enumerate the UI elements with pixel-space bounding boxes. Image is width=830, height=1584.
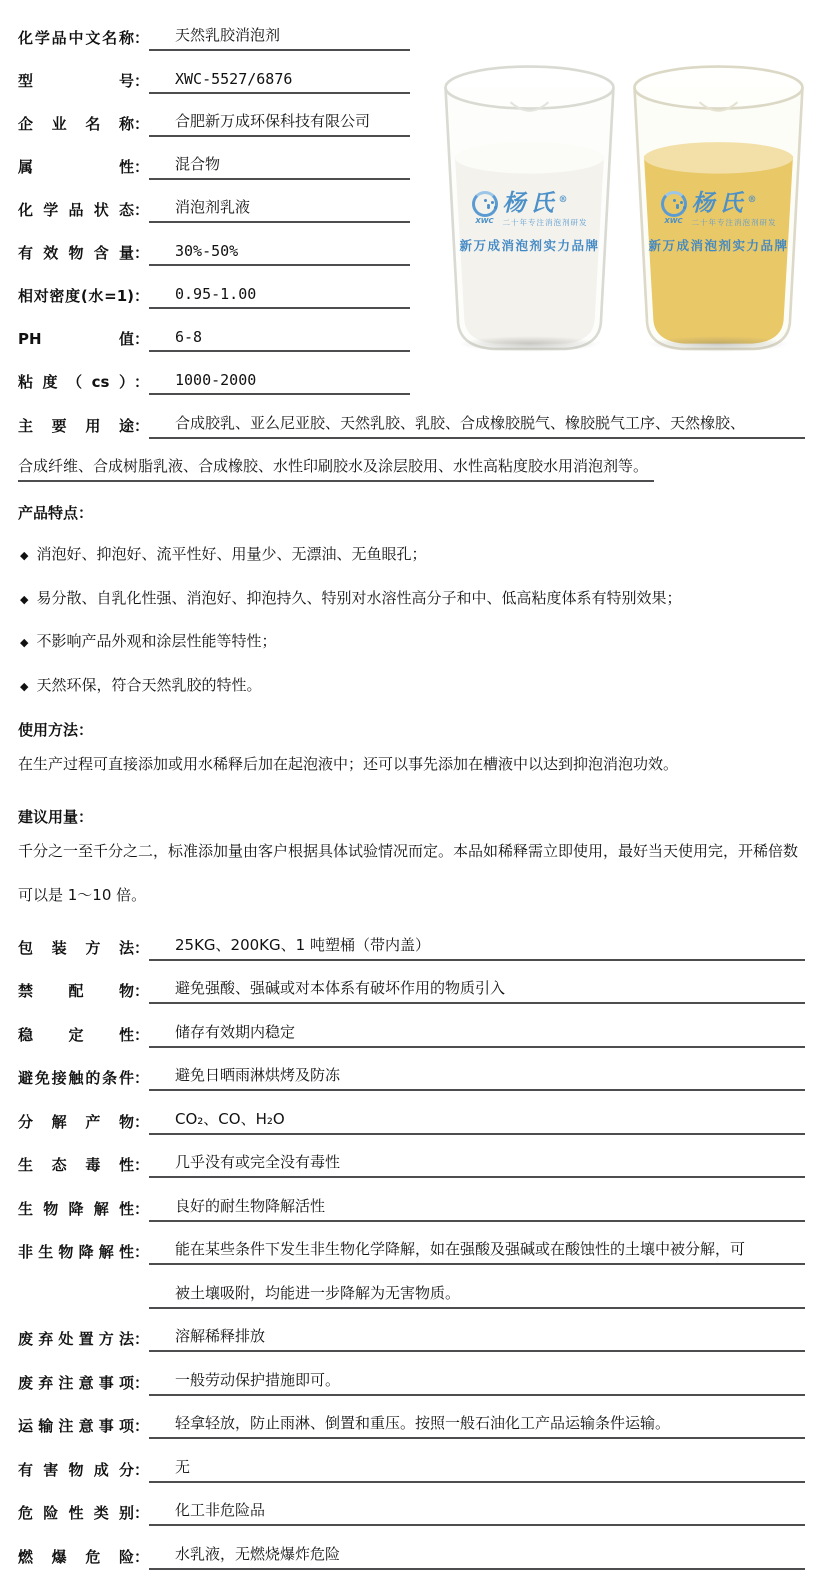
section-dosage: 建议用量： — [18, 787, 805, 831]
brand-tagline-small: 二十年专注消泡剂研发 — [503, 217, 588, 228]
colon: ： — [134, 27, 149, 48]
field-label-text: 燃爆危险 — [18, 1546, 134, 1567]
top-section: 化学品中文名称： 天然乳胶消泡剂 型号： XWC-5527/6876 企业名称：… — [18, 8, 805, 395]
field-value: 水乳液，无燃烧爆炸危险 — [149, 1543, 805, 1570]
field-label-text: 运输注意事项 — [18, 1415, 134, 1436]
field-label-text: 化学品状态 — [18, 199, 134, 220]
product-photo-beakers: XWC 杨氏® 二十年专注消泡剂研发 新万成消泡剂实力品牌 — [435, 56, 813, 356]
brand-tagline-main: 新万成消泡剂实力品牌 — [435, 236, 624, 254]
field-label-text: 分解产物 — [18, 1111, 134, 1132]
colon: ： — [134, 1024, 149, 1045]
field-value: 0.95-1.00 — [149, 285, 410, 309]
field-main-usage: 主要用途： 合成胶乳、亚么尼亚胶、天然乳胶、乳胶、合成橡胶脱气、橡胶脱气工序、天… — [18, 395, 805, 439]
field-label-text: PH值 — [18, 328, 134, 349]
beaker-white-sample: XWC 杨氏® 二十年专注消泡剂研发 新万成消泡剂实力品牌 — [435, 56, 624, 356]
field-value: 混合物 — [149, 153, 410, 180]
section-product-features: 产品特点： — [18, 482, 805, 526]
colon: ： — [134, 199, 149, 220]
field-waste-disposal: 废弃处置方法： 溶解稀释排放 — [18, 1309, 805, 1353]
colon: ： — [134, 1328, 149, 1349]
field-label-text: 有效物含量 — [18, 242, 134, 263]
field-label: 属性： — [18, 156, 149, 180]
field-value: 1000-2000 — [149, 371, 410, 395]
field-property: 属性： 混合物 — [18, 137, 410, 180]
field-incompatibles: 禁配物： 避免强酸、强碱或对本体系有破坏作用的物质引入 — [18, 961, 805, 1005]
brand-name: 杨氏® — [692, 188, 777, 216]
feature-text: 不影响产品外观和涂层性能等特性； — [36, 630, 276, 651]
field-value: 被土壤吸附，均能进一步降解为无害物质。 — [149, 1282, 805, 1309]
field-value: 化工非危险品 — [149, 1499, 805, 1526]
field-label: 稳定性： — [18, 1024, 149, 1048]
field-label-text: 主要用途 — [18, 415, 134, 436]
field-label-text: 禁配物 — [18, 980, 134, 1001]
field-relative-density: 相对密度(水=1)： 0.95-1.00 — [18, 266, 410, 309]
field-hazardous-components: 有害物成分： 无 — [18, 1439, 805, 1483]
field-model-number: 型号： XWC-5527/6876 — [18, 51, 410, 94]
section-usage-method: 使用方法： — [18, 700, 805, 744]
colon: ： — [134, 328, 149, 349]
field-label: 废弃注意事项： — [18, 1372, 149, 1396]
colon: ： — [134, 415, 149, 436]
field-stability: 稳定性： 储存有效期内稳定 — [18, 1004, 805, 1048]
brand-name: 杨氏® — [503, 188, 588, 216]
field-active-content: 有效物含量： 30%-50% — [18, 223, 410, 266]
field-label: 避免接触的条件： — [18, 1067, 149, 1091]
field-label: 化学品状态： — [18, 199, 149, 223]
feature-text: 易分散、自乳化性强、消泡好、抑泡持久、特别对水溶性高分子和中、低高粘度体系有特别… — [36, 587, 681, 608]
feature-item-3: ◆ 不影响产品外观和涂层性能等特性； — [18, 613, 805, 657]
brand-overlay: XWC 杨氏® 二十年专注消泡剂研发 新万成消泡剂实力品牌 — [624, 188, 813, 254]
field-value: 30%-50% — [149, 242, 410, 266]
colon: ： — [134, 285, 149, 306]
brand-abbr: XWC — [664, 217, 682, 225]
field-label-text: 型号 — [18, 70, 134, 91]
field-label-text: 包装方法 — [18, 937, 134, 958]
field-value: XWC-5527/6876 — [149, 70, 410, 94]
diamond-bullet-icon: ◆ — [18, 549, 36, 564]
field-main-usage-line2: 合成纤维、合成树脂乳液、合成橡胶、水性印刷胶水及涂层胶用、水性高粘度胶水用消泡剂… — [18, 439, 805, 483]
colon: ： — [134, 1502, 149, 1523]
field-label-text: 粘度（cs） — [18, 371, 134, 392]
field-value: 溶解稀释排放 — [149, 1325, 805, 1352]
top-fields: 化学品中文名称： 天然乳胶消泡剂 型号： XWC-5527/6876 企业名称：… — [18, 8, 410, 395]
field-value: 储存有效期内稳定 — [149, 1021, 805, 1048]
field-value: 轻拿轻放，防止雨淋、倒置和重压。按照一般石油化工产品运输条件运输。 — [149, 1412, 805, 1439]
feature-text: 消泡好、抑泡好、流平性好、用量少、无漂油、无鱼眼孔； — [36, 543, 426, 564]
diamond-bullet-icon: ◆ — [18, 593, 36, 608]
field-label: 废弃处置方法： — [18, 1328, 149, 1352]
product-datasheet-page: 化学品中文名称： 天然乳胶消泡剂 型号： XWC-5527/6876 企业名称：… — [0, 0, 830, 1584]
field-value: 避免日晒雨淋烘烤及防冻 — [149, 1064, 805, 1091]
field-packing-method: 包装方法： 25KG、200KG、1 吨塑桶（带内盖） — [18, 917, 805, 961]
field-label-text: 废弃处置方法 — [18, 1328, 134, 1349]
field-label: 型号： — [18, 70, 149, 94]
field-label-text: 属性 — [18, 156, 134, 177]
field-label: 有效物含量： — [18, 242, 149, 266]
beaker-shadow — [458, 336, 602, 352]
colon: ： — [134, 937, 149, 958]
brand-moon-logo-icon — [472, 191, 498, 217]
registered-mark: ® — [748, 195, 757, 205]
dosage-text: 千分之一至千分之二，标准添加量由客户根据具体试验情况而定。本品如稀释需立即使用，… — [18, 830, 805, 917]
field-non-biodegradability-line2: 被土壤吸附，均能进一步降解为无害物质。 — [18, 1265, 805, 1309]
field-decomposition-products: 分解产物： CO₂、CO、H₂O — [18, 1091, 805, 1135]
field-value: 无 — [149, 1456, 805, 1483]
field-label: 运输注意事项： — [18, 1415, 149, 1439]
field-label-text: 相对密度(水=1) — [18, 285, 134, 306]
colon: ： — [134, 1415, 149, 1436]
field-label: 相对密度(水=1)： — [18, 285, 149, 309]
field-value: 6-8 — [149, 328, 410, 352]
field-label: 有害物成分： — [18, 1459, 149, 1483]
field-label: 非生物降解性： — [18, 1241, 149, 1265]
registered-mark: ® — [559, 195, 568, 205]
field-label-text: 废弃注意事项 — [18, 1372, 134, 1393]
colon: ： — [134, 156, 149, 177]
field-explosion-hazard: 燃爆危险： 水乳液，无燃烧爆炸危险 — [18, 1526, 805, 1570]
field-label: 生物降解性： — [18, 1198, 149, 1222]
field-eco-toxicity: 生态毒性： 几乎没有或完全没有毒性 — [18, 1135, 805, 1179]
field-label: 分解产物： — [18, 1111, 149, 1135]
field-label: 燃爆危险： — [18, 1546, 149, 1570]
field-value: 几乎没有或完全没有毒性 — [149, 1151, 805, 1178]
feature-item-4: ◆ 天然环保，符合天然乳胶的特性。 — [18, 656, 805, 700]
field-label: PH值： — [18, 328, 149, 352]
colon: ： — [134, 1067, 149, 1088]
colon: ： — [134, 1459, 149, 1480]
colon: ： — [134, 1198, 149, 1219]
colon: ： — [134, 1546, 149, 1567]
field-waste-precautions: 废弃注意事项： 一般劳动保护措施即可。 — [18, 1352, 805, 1396]
colon: ： — [134, 1111, 149, 1132]
colon: ： — [134, 1154, 149, 1175]
brand-name-text: 杨氏 — [503, 190, 559, 217]
field-label: 企业名称： — [18, 113, 149, 137]
field-value: 25KG、200KG、1 吨塑桶（带内盖） — [149, 934, 805, 961]
field-label-text: 化学品中文名称 — [18, 27, 134, 48]
field-conditions-to-avoid: 避免接触的条件： 避免日晒雨淋烘烤及防冻 — [18, 1048, 805, 1092]
logo-dots-icon — [487, 206, 490, 209]
field-label: 包装方法： — [18, 937, 149, 961]
field-value: 能在某些条件下发生非生物化学降解，如在强酸及强碱或在酸蚀性的土壤中被分解，可 — [149, 1238, 805, 1265]
field-chinese-name: 化学品中文名称： 天然乳胶消泡剂 — [18, 8, 410, 51]
field-label-text: 非生物降解性 — [18, 1241, 134, 1262]
field-value: 消泡剂乳液 — [149, 196, 410, 223]
diamond-bullet-icon: ◆ — [18, 680, 36, 695]
field-label: 粘度（cs）： — [18, 371, 149, 395]
colon: ： — [134, 980, 149, 1001]
field-value: 良好的耐生物降解活性 — [149, 1195, 805, 1222]
field-label-text: 企业名称 — [18, 113, 134, 134]
feature-item-2: ◆ 易分散、自乳化性强、消泡好、抑泡持久、特别对水溶性高分子和中、低高粘度体系有… — [18, 569, 805, 613]
field-transport-precautions: 运输注意事项： 轻拿轻放，防止雨淋、倒置和重压。按照一般石油化工产品运输条件运输… — [18, 1396, 805, 1440]
colon: ： — [134, 371, 149, 392]
field-value: 合成胶乳、亚么尼亚胶、天然乳胶、乳胶、合成橡胶脱气、橡胶脱气工序、天然橡胶、 — [149, 412, 805, 439]
usage-method-text: 在生产过程可直接添加或用水稀释后加在起泡液中；还可以事先添加在槽液中以达到抑泡消… — [18, 743, 805, 787]
colon: ： — [134, 70, 149, 91]
brand-name-text: 杨氏 — [692, 190, 748, 217]
feature-text: 天然环保，符合天然乳胶的特性。 — [36, 674, 261, 695]
diamond-bullet-icon: ◆ — [18, 636, 36, 651]
field-chemical-state: 化学品状态： 消泡剂乳液 — [18, 180, 410, 223]
brand-tagline-small: 二十年专注消泡剂研发 — [692, 217, 777, 228]
field-value: 合肥新万成环保科技有限公司 — [149, 110, 410, 137]
field-viscosity: 粘度（cs）： 1000-2000 — [18, 352, 410, 395]
field-label: 生态毒性： — [18, 1154, 149, 1178]
field-value: 天然乳胶消泡剂 — [149, 24, 410, 51]
colon: ： — [134, 113, 149, 134]
colon: ： — [134, 242, 149, 263]
feature-item-1: ◆ 消泡好、抑泡好、流平性好、用量少、无漂油、无鱼眼孔； — [18, 526, 805, 570]
brand-tagline-main: 新万成消泡剂实力品牌 — [624, 236, 813, 254]
field-value: 避免强酸、强碱或对本体系有破坏作用的物质引入 — [149, 977, 805, 1004]
colon: ： — [134, 1241, 149, 1262]
field-label-text: 危险性类别 — [18, 1502, 134, 1523]
field-label: 化学品中文名称： — [18, 27, 149, 51]
field-label-text: 生物降解性 — [18, 1198, 134, 1219]
field-value: CO₂、CO、H₂O — [149, 1108, 805, 1135]
field-value: 合成纤维、合成树脂乳液、合成橡胶、水性印刷胶水及涂层胶用、水性高粘度胶水用消泡剂… — [18, 455, 654, 482]
field-label-text: 避免接触的条件 — [18, 1067, 134, 1088]
field-company-name: 企业名称： 合肥新万成环保科技有限公司 — [18, 94, 410, 137]
field-label-text: 有害物成分 — [18, 1459, 134, 1480]
brand-overlay: XWC 杨氏® 二十年专注消泡剂研发 新万成消泡剂实力品牌 — [435, 188, 624, 254]
field-label: 危险性类别： — [18, 1502, 149, 1526]
field-label-text: 生态毒性 — [18, 1154, 134, 1175]
beaker-yellow-sample: XWC 杨氏® 二十年专注消泡剂研发 新万成消泡剂实力品牌 — [624, 56, 813, 356]
colon: ： — [134, 1372, 149, 1393]
field-non-biodegradability: 非生物降解性： 能在某些条件下发生非生物化学降解，如在强酸及强碱或在酸蚀性的土壤… — [18, 1222, 805, 1266]
field-label: 主要用途： — [18, 415, 149, 439]
field-label: 禁配物： — [18, 980, 149, 1004]
beaker-shadow — [647, 336, 791, 352]
brand-moon-logo-icon — [661, 191, 687, 217]
logo-dots-icon — [676, 206, 679, 209]
brand-abbr: XWC — [475, 217, 493, 225]
field-biodegradability: 生物降解性： 良好的耐生物降解活性 — [18, 1178, 805, 1222]
field-value: 一般劳动保护措施即可。 — [149, 1369, 805, 1396]
field-ph-value: PH值： 6-8 — [18, 309, 410, 352]
field-hazard-class: 危险性类别： 化工非危险品 — [18, 1483, 805, 1527]
field-label-text: 稳定性 — [18, 1024, 134, 1045]
